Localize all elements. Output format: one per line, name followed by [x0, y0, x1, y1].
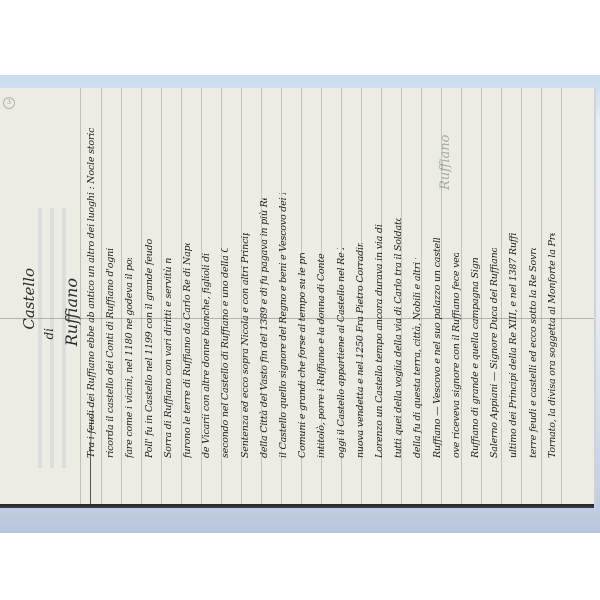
manuscript-line: Ruffiano — Vescovo e nel suo palazzo un …: [432, 238, 444, 458]
manuscript-line: Tornato, la divisa ora soggetta al Monfo…: [547, 233, 559, 458]
manuscript-line: Salerno Appiani — Signore Duca del Ruffi…: [489, 248, 501, 458]
manuscript-line: Comuni e grandi che forse al tempo su le…: [297, 253, 309, 458]
manuscript-line: Lorenzo un Castello tempo ancora durava …: [374, 223, 386, 458]
manuscript-line: oggi il Castello appartiene al Castello …: [336, 248, 348, 458]
manuscript-line: ove riceveva signore con il Ruffiano fec…: [451, 253, 463, 458]
manuscript-line: de Vicarii con altre donne bianche, figl…: [201, 253, 213, 458]
page-number-mark: 3: [3, 97, 15, 109]
manuscript-sheet: 3 Ruffiano Castello di Ruffiano Tra i fe…: [0, 88, 594, 506]
manuscript-line: il Castello quello signore del Regno e b…: [278, 193, 290, 458]
manuscript-line: terre feudi e castelli ed ecco sotto la …: [528, 248, 540, 458]
manuscript-line: fare come i vicini, nel 1180 ne godeva i…: [124, 258, 136, 458]
manuscript-line: Poll' fu in Castello nel 1199 con il gra…: [144, 238, 156, 458]
manuscript-line: intitolò, porre i Ruffiano e la donna di…: [316, 253, 328, 458]
manuscript-line: Sorra di Ruffiano con vari diritti e ser…: [163, 258, 175, 458]
manuscript-line: furono le terre di Ruffiano da Carlo Re …: [182, 243, 194, 458]
title-line-2: di: [42, 328, 56, 340]
manuscript-line: nuova vendetta e nel 1250 Fra Pietro Cor…: [355, 243, 367, 458]
manuscript-line: secondo nel Castello di Ruffiano e uno d…: [220, 248, 232, 458]
title-line-3: Ruffiano: [62, 278, 81, 346]
title-block: Castello di Ruffiano: [20, 238, 90, 468]
manuscript-line: ricorda il castello dei Conti di Ruffian…: [105, 248, 117, 458]
manuscript-line: della Città del Vasto fin del 1389 e di …: [259, 198, 271, 458]
manuscript-body: Tra i feudi dei Ruffiano ebbe ab antico …: [86, 108, 556, 458]
manuscript-line: Tra i feudi dei Ruffiano ebbe ab antico …: [86, 128, 98, 458]
manuscript-line: Ruffiano di grande e quella campagna Sig…: [470, 258, 482, 458]
title-line-1: Castello: [20, 268, 38, 330]
manuscript-line: Sentenza ed ecco sopra Nicola e con altr…: [240, 233, 252, 458]
manuscript-line: della fu di questa terra, città, Nobili …: [412, 258, 424, 458]
manuscript-line: ultimo dei Principi della Re XIII, e nel…: [508, 233, 520, 458]
manuscript-line: tutti quei della voglia della via di Car…: [393, 218, 405, 458]
